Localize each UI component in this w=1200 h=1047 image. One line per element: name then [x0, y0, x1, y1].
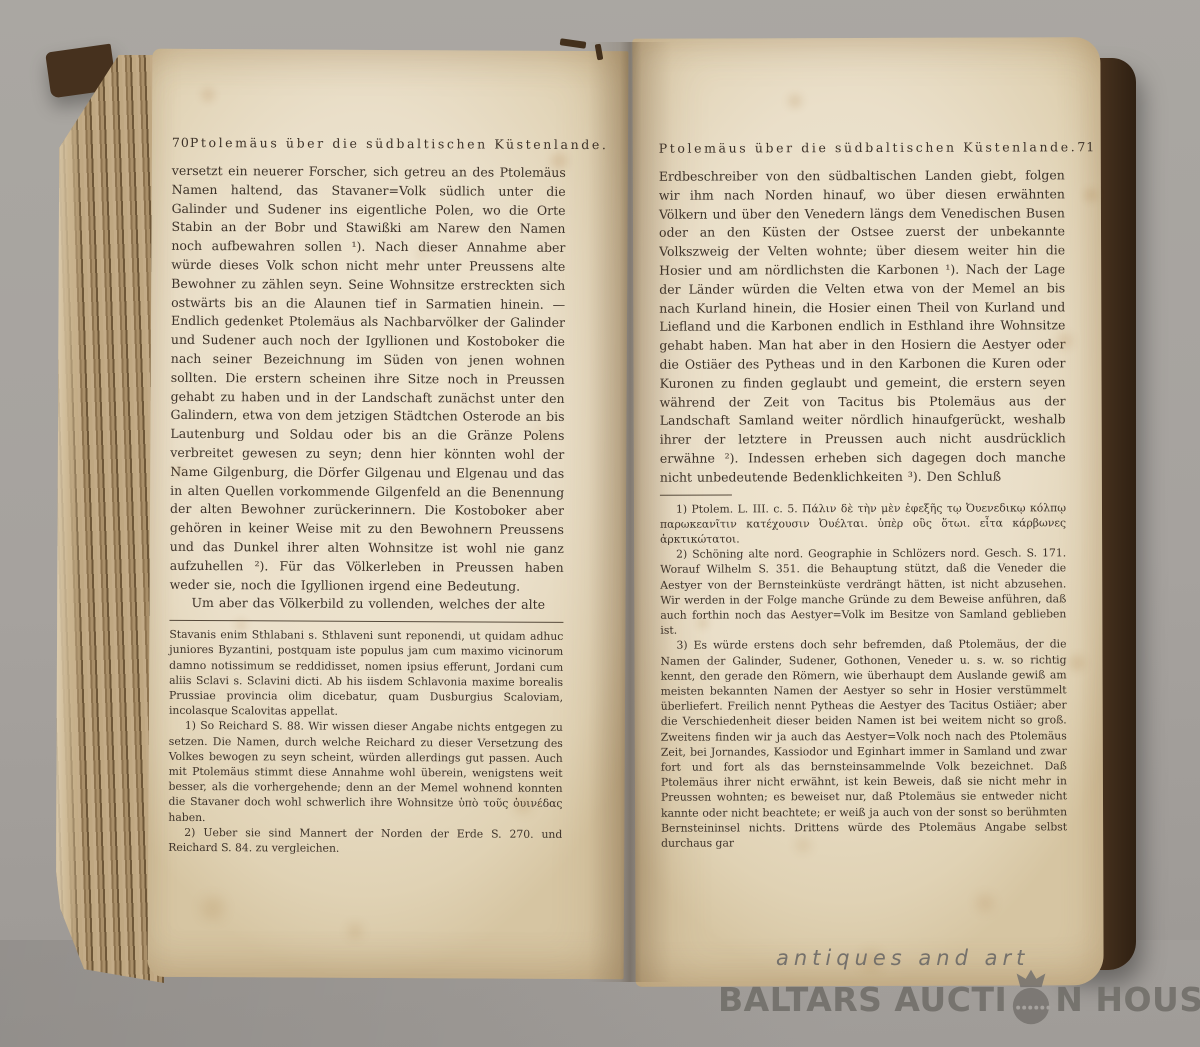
auction-watermark: antiques and art BALTARS AUCTI N HOUSE [718, 946, 1200, 1027]
left-footnote-1: 1) So Reichard S. 88. Wir wissen dieser … [168, 718, 563, 826]
watermark-brand-right: N HOUSE [1055, 980, 1200, 1019]
left-running-head: 70 Ptolemäus über die südbaltischen Küst… [172, 135, 566, 152]
crown-orb-logo-icon [1008, 969, 1054, 1025]
watermark-brand-left: BALTARS AUCTI [718, 980, 1007, 1019]
left-page: 70 Ptolemäus über die südbaltischen Küst… [148, 49, 629, 979]
right-page-text-column: Ptolemäus über die südbaltischen Küstenl… [659, 139, 1067, 851]
left-page-text-column: 70 Ptolemäus über die südbaltischen Küst… [168, 135, 566, 857]
left-paragraph-1: versetzt ein neuerer Forscher, sich getr… [170, 162, 566, 596]
left-paragraph-2: Um aber das Völkerbild zu vollenden, wel… [169, 594, 563, 615]
left-body-text: versetzt ein neuerer Forscher, sich getr… [169, 162, 565, 615]
left-page-number: 70 [172, 135, 190, 150]
right-footnote-1: 1) Ptolem. L. III. c. 5. Πάλιν δὲ τὴν μὲ… [660, 500, 1066, 547]
right-page-number: 71 [1077, 139, 1095, 154]
left-footnote-separator [169, 620, 563, 623]
right-body-text: Erdbeschreiber von den südbaltischen Lan… [659, 166, 1066, 487]
right-paragraph-1: Erdbeschreiber von den südbaltischen Lan… [659, 166, 1066, 487]
foxing-stains [0, 0, 6, 6]
right-running-head: Ptolemäus über die südbaltischen Küstenl… [659, 139, 1065, 155]
antique-book: 70 Ptolemäus über die südbaltischen Küst… [0, 0, 1200, 1047]
right-footnote-separator [660, 494, 732, 495]
right-footnotes: 1) Ptolem. L. III. c. 5. Πάλιν δὲ τὴν μὲ… [660, 500, 1067, 851]
watermark-brand: BALTARS AUCTI N HOUSE [718, 971, 1200, 1027]
right-page: Ptolemäus über die südbaltischen Küstenl… [632, 37, 1103, 987]
left-running-title: Ptolemäus über die südbaltischen Küstenl… [190, 135, 609, 152]
left-footnote-continuation: Stavanis enim Sthlabani s. Sthlaveni sun… [169, 627, 563, 720]
left-footnotes: Stavanis enim Sthlabani s. Sthlaveni sun… [168, 627, 563, 857]
photo-of-open-book: 70 Ptolemäus über die südbaltischen Küst… [0, 0, 1200, 1047]
right-running-title: Ptolemäus über die südbaltischen Küstenl… [659, 139, 1078, 155]
right-footnote-3: 3) Es würde erstens doch sehr befremden,… [660, 637, 1067, 851]
left-footnote-2: 2) Ueber sie sind Mannert der Norden der… [168, 825, 562, 857]
right-footnote-2: 2) Schöning alte nord. Geographie in Sch… [660, 545, 1066, 638]
watermark-tagline: antiques and art [776, 946, 1200, 970]
binding-speck [560, 38, 587, 49]
